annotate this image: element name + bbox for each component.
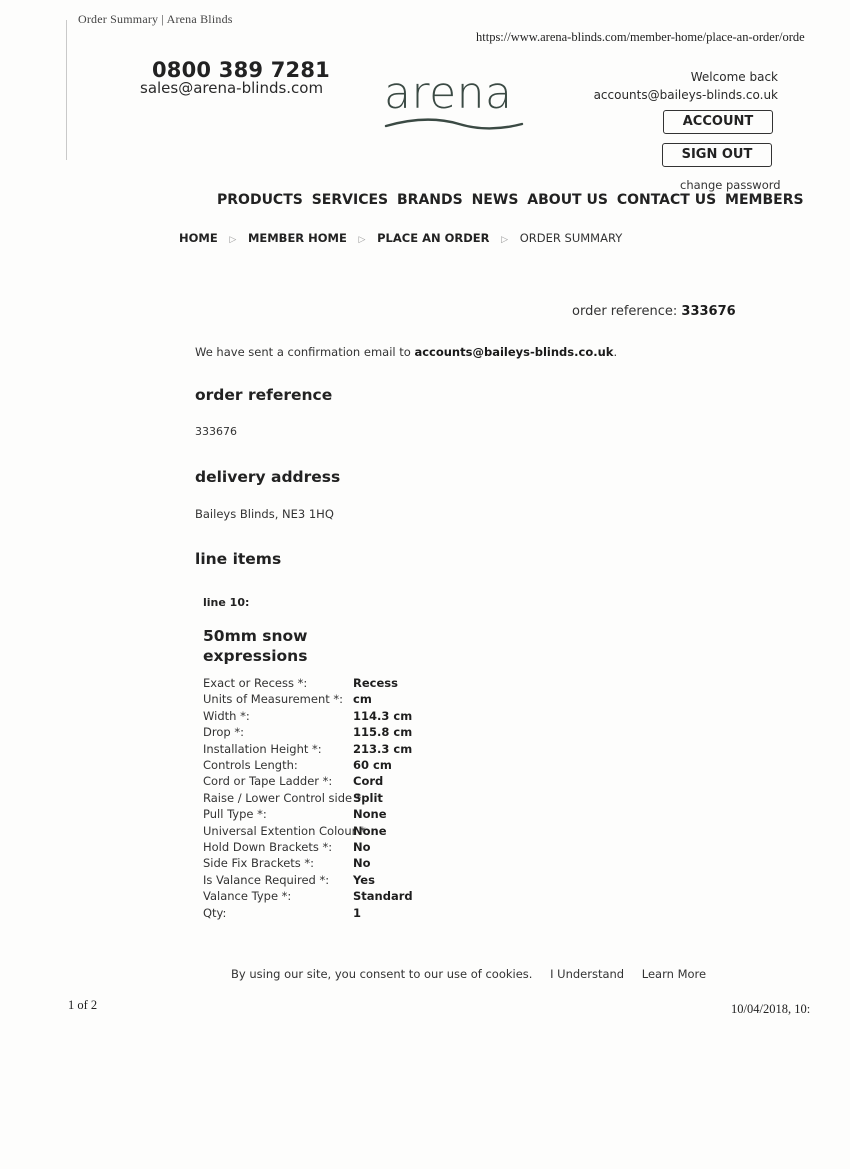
attribute-name: Controls Length: bbox=[203, 757, 353, 773]
attribute-name: Hold Down Brackets *: bbox=[203, 839, 353, 855]
attribute-row: Valance Type *:Standard bbox=[203, 888, 413, 904]
main-nav: PRODUCTS SERVICES BRANDS NEWS ABOUT US C… bbox=[217, 192, 808, 208]
attribute-name: Valance Type *: bbox=[203, 888, 353, 904]
attribute-row: Drop *:115.8 cm bbox=[203, 724, 413, 740]
attribute-value: None bbox=[353, 806, 387, 822]
attribute-name: Universal Extention Colour *: bbox=[203, 823, 353, 839]
sign-out-button[interactable]: SIGN OUT bbox=[662, 143, 772, 167]
breadcrumb-place-an-order[interactable]: PLACE AN ORDER bbox=[377, 231, 489, 245]
nav-about-us[interactable]: ABOUT US bbox=[527, 192, 608, 208]
attribute-value: 114.3 cm bbox=[353, 708, 412, 724]
attribute-row: Cord or Tape Ladder *:Cord bbox=[203, 773, 413, 789]
attribute-row: Side Fix Brackets *:No bbox=[203, 855, 413, 871]
attribute-value: Standard bbox=[353, 888, 413, 904]
cookie-banner: By using our site, you consent to our us… bbox=[231, 967, 706, 981]
attribute-value: None bbox=[353, 823, 387, 839]
breadcrumb-current: ORDER SUMMARY bbox=[520, 231, 623, 245]
attribute-name: Qty: bbox=[203, 905, 353, 921]
triangle-right-icon: ▷ bbox=[229, 235, 236, 245]
order-reference-label: order reference: bbox=[572, 304, 677, 319]
attribute-name: Cord or Tape Ladder *: bbox=[203, 773, 353, 789]
account-button[interactable]: ACCOUNT bbox=[663, 110, 773, 134]
attribute-row: Qty:1 bbox=[203, 905, 413, 921]
breadcrumb-member-home[interactable]: MEMBER HOME bbox=[248, 231, 347, 245]
nav-news[interactable]: NEWS bbox=[472, 192, 519, 208]
attribute-row: Installation Height *:213.3 cm bbox=[203, 741, 413, 757]
attribute-name: Raise / Lower Control side *: bbox=[203, 790, 353, 806]
confirmation-suffix: . bbox=[613, 345, 617, 359]
attribute-value: Recess bbox=[353, 675, 398, 691]
nav-brands[interactable]: BRANDS bbox=[397, 192, 463, 208]
logo-wave-icon bbox=[384, 116, 524, 132]
arena-logo[interactable]: arena bbox=[384, 72, 524, 132]
attribute-name: Is Valance Required *: bbox=[203, 872, 353, 888]
print-url: https://www.arena-blinds.com/member-home… bbox=[476, 30, 805, 45]
attribute-name: Units of Measurement *: bbox=[203, 691, 353, 707]
attribute-row: Raise / Lower Control side *:Split bbox=[203, 790, 413, 806]
section-heading-delivery-address: delivery address bbox=[195, 468, 340, 486]
line-item-product: 50mm snow expressions bbox=[203, 626, 343, 666]
attribute-value: Split bbox=[353, 790, 383, 806]
attribute-name: Drop *: bbox=[203, 724, 353, 740]
section-heading-order-reference: order reference bbox=[195, 386, 332, 404]
print-page-title: Order Summary | Arena Blinds bbox=[78, 12, 233, 27]
attribute-row: Hold Down Brackets *:No bbox=[203, 839, 413, 855]
confirmation-email: accounts@baileys-blinds.co.uk bbox=[414, 345, 613, 359]
nav-members[interactable]: MEMBERS bbox=[725, 192, 804, 208]
attribute-name: Exact or Recess *: bbox=[203, 675, 353, 691]
print-page-number: 1 of 2 bbox=[68, 998, 97, 1013]
triangle-right-icon: ▷ bbox=[359, 235, 366, 245]
line-item-label: line 10: bbox=[203, 596, 249, 609]
attribute-row: Is Valance Required *:Yes bbox=[203, 872, 413, 888]
attribute-row: Width *:114.3 cm bbox=[203, 708, 413, 724]
order-reference-value: 333676 bbox=[195, 425, 237, 438]
contact-email[interactable]: sales@arena-blinds.com bbox=[140, 79, 323, 97]
nav-services[interactable]: SERVICES bbox=[312, 192, 388, 208]
section-heading-line-items: line items bbox=[195, 550, 281, 568]
attribute-name: Installation Height *: bbox=[203, 741, 353, 757]
attribute-value: No bbox=[353, 839, 371, 855]
delivery-address-value: Baileys Blinds, NE3 1HQ bbox=[195, 507, 334, 521]
attribute-value: 1 bbox=[353, 905, 361, 921]
attribute-name: Pull Type *: bbox=[203, 806, 353, 822]
attribute-row: Pull Type *:None bbox=[203, 806, 413, 822]
attribute-value: Cord bbox=[353, 773, 383, 789]
attribute-value: cm bbox=[353, 691, 372, 707]
confirmation-prefix: We have sent a confirmation email to bbox=[195, 345, 411, 359]
attribute-value: 115.8 cm bbox=[353, 724, 412, 740]
order-reference-summary: order reference: 333676 bbox=[572, 304, 736, 319]
welcome-message: Welcome back accounts@baileys-blinds.co.… bbox=[578, 68, 778, 104]
line-item-attributes: Exact or Recess *:RecessUnits of Measure… bbox=[203, 675, 413, 921]
order-reference-number: 333676 bbox=[681, 304, 735, 319]
confirmation-message: We have sent a confirmation email to acc… bbox=[195, 345, 617, 359]
attribute-row: Units of Measurement *:cm bbox=[203, 691, 413, 707]
scan-edge-line bbox=[66, 20, 67, 160]
attribute-name: Side Fix Brackets *: bbox=[203, 855, 353, 871]
attribute-value: Yes bbox=[353, 872, 375, 888]
cookie-accept-button[interactable]: I Understand bbox=[550, 967, 624, 981]
attribute-name: Width *: bbox=[203, 708, 353, 724]
triangle-right-icon: ▷ bbox=[501, 235, 508, 245]
change-password-link[interactable]: change password bbox=[680, 178, 781, 192]
breadcrumb: HOME ▷ MEMBER HOME ▷ PLACE AN ORDER ▷ OR… bbox=[179, 231, 622, 245]
print-datetime: 10/04/2018, 10: bbox=[731, 1002, 810, 1017]
attribute-value: No bbox=[353, 855, 371, 871]
attribute-row: Controls Length:60 cm bbox=[203, 757, 413, 773]
breadcrumb-home[interactable]: HOME bbox=[179, 231, 218, 245]
cookie-learn-more-link[interactable]: Learn More bbox=[642, 967, 706, 981]
nav-contact-us[interactable]: CONTACT US bbox=[617, 192, 716, 208]
nav-products[interactable]: PRODUCTS bbox=[217, 192, 303, 208]
attribute-value: 213.3 cm bbox=[353, 741, 412, 757]
attribute-row: Exact or Recess *:Recess bbox=[203, 675, 413, 691]
attribute-row: Universal Extention Colour *:None bbox=[203, 823, 413, 839]
cookie-text: By using our site, you consent to our us… bbox=[231, 967, 532, 981]
logo-text: arena bbox=[384, 72, 524, 116]
attribute-value: 60 cm bbox=[353, 757, 392, 773]
